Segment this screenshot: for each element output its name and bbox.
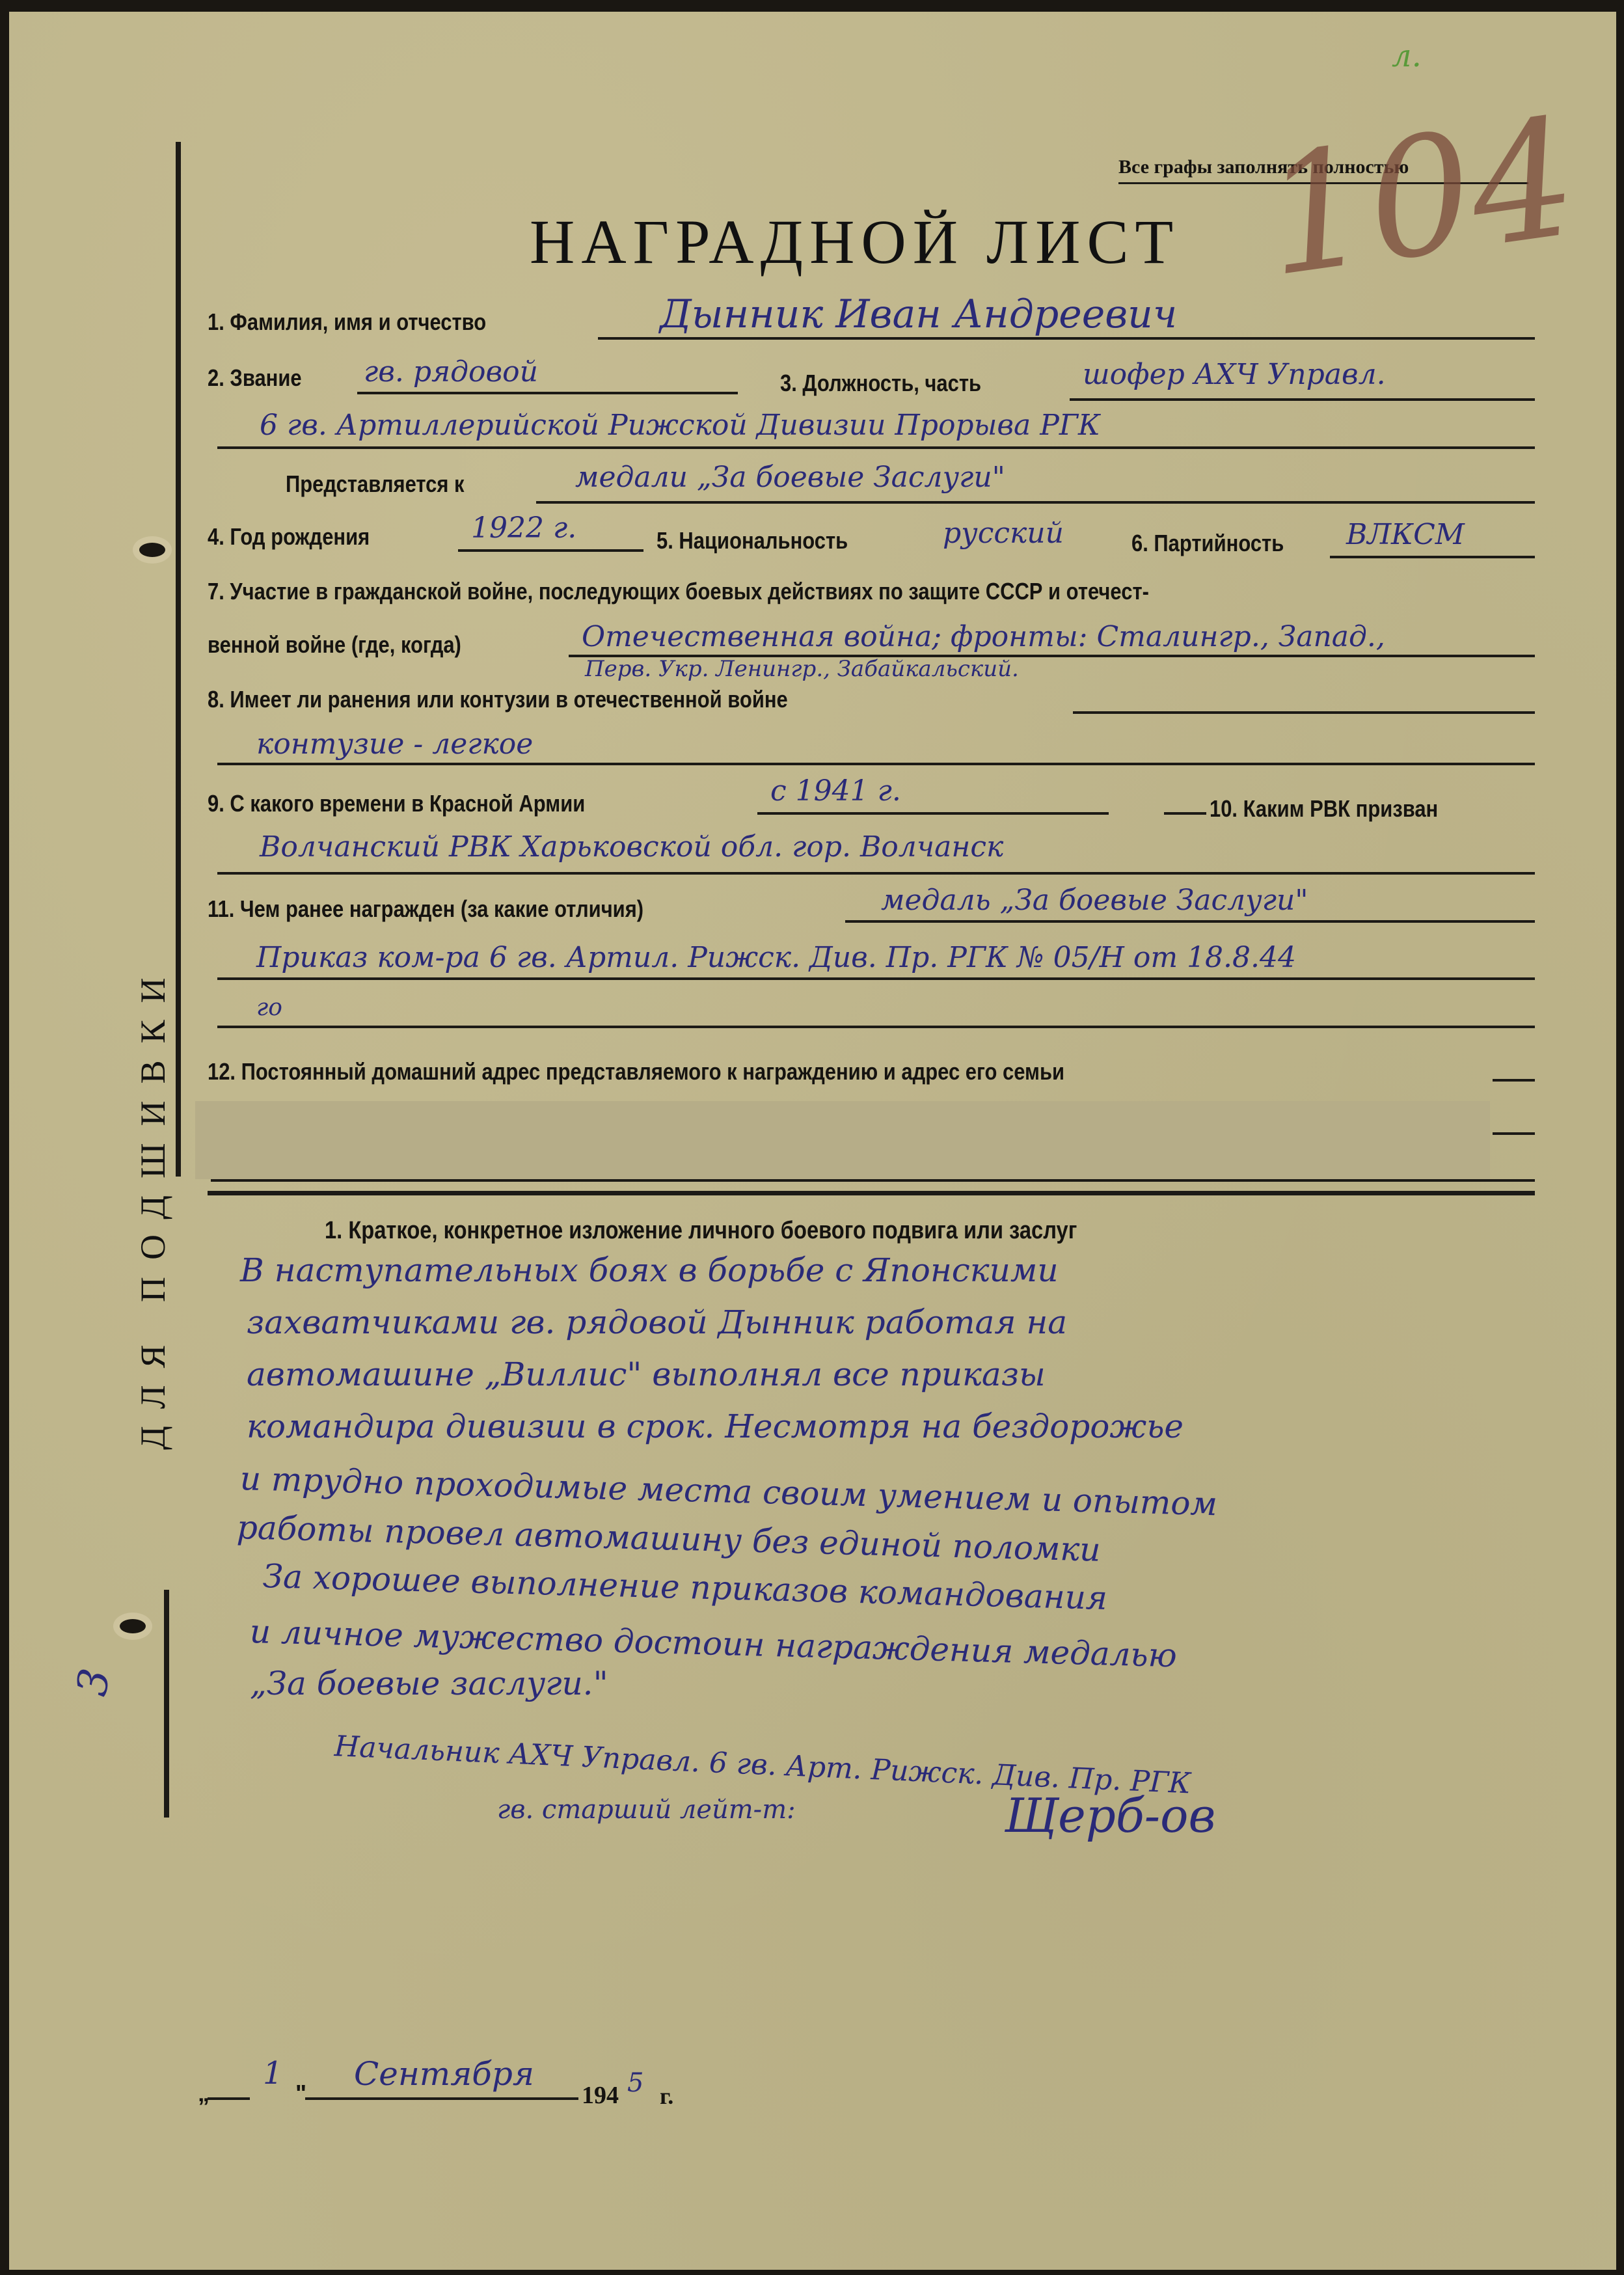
page-title: НАГРАДНОЙ ЛИСТ (530, 206, 1180, 278)
field-birth-year-label: 4. Год рождения (208, 523, 370, 551)
binding-hole-bottom (120, 1619, 146, 1633)
field-position-label: 3. Должность, часть (780, 370, 981, 397)
award-sheet-page: ДЛЯ ПОДШИВКИ 3 л. Все графы заполнять по… (9, 12, 1616, 2270)
field-war-participation-label-1: 7. Участие в гражданской войне, последую… (208, 578, 1149, 605)
field-position-line (1070, 398, 1535, 401)
field-address-line-3 (211, 1179, 1535, 1182)
signer-rank: гв. старший лейт-т: (497, 1795, 796, 1825)
date-open-quote: „ (198, 2080, 210, 2107)
field-wounds-label: 8. Имеет ли ранения или контузии в отече… (208, 686, 788, 713)
nominated-value: медали „За боевые Заслуги" (575, 461, 1005, 494)
field-rvk-lead-line (1164, 812, 1206, 815)
citation-line: захватчиками гв. рядовой Дынник работая … (247, 1303, 1067, 1341)
field-birth-year-line (458, 549, 643, 552)
field-name-line (598, 337, 1535, 340)
field-prior-awards-line-2 (217, 977, 1535, 980)
field-army-since-line (757, 812, 1109, 815)
field-rank-label: 2. Звание (208, 364, 302, 392)
date-year-unit: г. (660, 2082, 673, 2110)
field-wounds-line (1073, 711, 1535, 714)
date-month: Сентября (354, 2055, 534, 2093)
green-mark: л. (1392, 38, 1422, 74)
field-war-participation-value-1: Отечественная война; фронты: Сталингр., … (582, 620, 1385, 653)
field-army-since-label: 9. С какого времени в Красной Армии (208, 790, 585, 817)
field-wounds-value: контузие - легкое (256, 728, 533, 761)
citation-line: автомашине „Виллис" выполнял все приказы (247, 1355, 1046, 1393)
margin-rule-upper (176, 142, 181, 1177)
field-rvk-label: 10. Каким РВК призван (1210, 795, 1438, 823)
field-address-line-2 (1493, 1132, 1535, 1135)
date-month-line (305, 2097, 578, 2100)
field-rank-value: гв. рядовой (364, 355, 538, 388)
binding-label: ДЛЯ ПОДШИВКИ (133, 960, 173, 1450)
field-party-line (1330, 556, 1535, 558)
citation-line: командира дивизии в срок. Несмотря на бе… (247, 1408, 1184, 1445)
field-address-label: 12. Постоянный домашний адрес представля… (208, 1058, 1064, 1085)
field-name-value: Дынник Иван Андреевич (660, 292, 1177, 337)
field-nationality-value: русский (943, 517, 1064, 550)
binding-hole-top (139, 543, 165, 557)
section-divider (208, 1191, 1535, 1195)
field-address-line (1493, 1079, 1535, 1082)
field-war-participation-value-2: Перв. Укр. Ленингр., Забайкальский. (585, 656, 1019, 682)
field-prior-awards-line (845, 920, 1535, 923)
field-position-value: шофер АХЧ Управл. (1083, 358, 1386, 391)
field-nationality-label: 5. Национальность (656, 527, 848, 554)
field-unit-value: 6 гв. Артиллерийской Рижской Дивизии Про… (260, 409, 1100, 442)
field-rvk-value: Волчанский РВК Харьковской обл. гор. Вол… (260, 830, 1003, 864)
field-unit-line (217, 446, 1535, 449)
address-redaction: [redacted] (195, 1101, 1490, 1179)
field-war-participation-label-2: венной войне (где, когда) (208, 631, 461, 659)
field-party-value: ВЛКСМ (1346, 518, 1465, 551)
section-heading: 1. Краткое, конкретное изложение личного… (325, 1217, 1077, 1245)
field-rank-line (357, 392, 738, 394)
field-prior-awards-value: медаль „За боевые Заслуги" (881, 884, 1308, 917)
field-party-label: 6. Партийность (1131, 530, 1284, 557)
margin-rule-lower (164, 1590, 169, 1818)
field-prior-awards-line-3 (217, 1026, 1535, 1028)
signature: Щерб-ов (1005, 1788, 1215, 1843)
archive-number: 104 (1253, 82, 1587, 313)
field-wounds-line-2 (217, 763, 1535, 765)
field-prior-awards-value-2: Приказ ком-ра 6 гв. Артил. Рижск. Див. П… (256, 941, 1296, 974)
citation-line: За хорошее выполнение приказов командова… (262, 1557, 1107, 1617)
field-prior-awards-value-3: го (256, 994, 282, 1021)
field-prior-awards-label: 11. Чем ранее награжден (за какие отличи… (208, 895, 643, 923)
date-day-line (208, 2097, 250, 2100)
page-number: 3 (68, 1665, 120, 1700)
field-rvk-line (217, 872, 1535, 875)
date-year-suffix: 5 (627, 2068, 643, 2098)
field-name-label: 1. Фамилия, имя и отчество (208, 308, 486, 336)
date-close-quote: " (295, 2080, 306, 2107)
field-army-since-value: с 1941 г. (770, 774, 901, 808)
date-day: 1 (263, 2055, 283, 2091)
citation-line: В наступательных боях в борьбе с Японски… (240, 1251, 1059, 1289)
date-year-prefix: 194 (582, 2081, 619, 2110)
nominated-label: Представляется к (286, 470, 465, 498)
field-birth-year-value: 1922 г. (471, 511, 576, 545)
citation-line: „За боевые заслуги." (250, 1665, 608, 1702)
nominated-line (536, 501, 1535, 504)
